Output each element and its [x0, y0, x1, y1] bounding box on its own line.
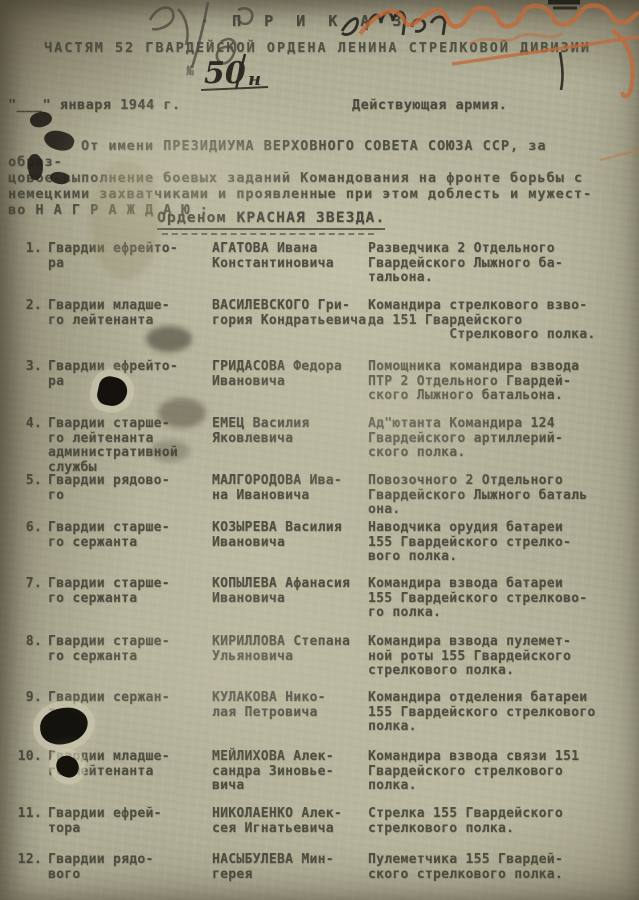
row-citation: Командира отделения батареи 155 Гвардейс… — [368, 691, 634, 735]
row-name: КОЗЫРЕВА Василия Ивановича — [212, 521, 372, 550]
row-number: 3. — [8, 360, 42, 375]
row-name: КОПЫЛЕВА Афанасия Ивановича — [212, 577, 372, 606]
row-name: АГАТОВА Ивана Константиновича — [212, 242, 372, 271]
order-number-sign: № — [186, 64, 194, 79]
row-rank: Гвардии ефрейто- ра — [48, 242, 204, 271]
section-heading: Орденом КРАСНАЯ ЗВЕЗДА. — [157, 210, 385, 230]
row-name: ЕМЕЦ Василия Яковлевича — [212, 417, 372, 446]
row-rank: Гвардии младше- го лейтенанта — [48, 750, 204, 779]
row-rank: Гвардии ефрейто- ра — [48, 360, 204, 389]
order-title: · П Р И К А З — [200, 12, 408, 30]
row-rank: Гвардии рядо- вого — [48, 853, 204, 882]
row-citation: Командира взвода связи 151 Гвардейского … — [368, 750, 634, 794]
row-number: 8. — [8, 635, 42, 650]
row-citation: Командира взвода батареи 155 Гвардейског… — [368, 577, 634, 621]
row-name: МЕЙЛИХОВА Алек- сандра Зиновье- вича — [212, 750, 372, 794]
row-rank: Гвардии рядово- го — [48, 474, 204, 503]
row-number: 10. — [8, 750, 42, 765]
row-number: 11. — [8, 807, 42, 822]
row-number: 5. — [8, 474, 42, 489]
row-name: МАЛГОРОДОВА Ива- на Ивановича — [212, 474, 372, 503]
row-name: ГРИДАСОВА Федора Ивановича — [212, 360, 372, 389]
army-note: Действующая армия. — [352, 97, 507, 113]
row-name: ВАСИЛЕВСКОГО Гри- гория Кондратьевича — [212, 299, 372, 328]
scanned-order-page: · П Р И К А З ЧАСТЯМ 52 ГВАРДЕЙСКОЙ ОРДЕ… — [0, 0, 639, 900]
row-number: 1. — [8, 242, 42, 257]
row-rank: Гвардии старше- го сержанта — [48, 635, 204, 664]
row-name: КИРИЛЛОВА Степана Ульяновича — [212, 635, 372, 664]
row-citation: Наводчика орудия батареи 155 Гвардейског… — [368, 521, 634, 565]
row-number: 9. — [8, 691, 42, 706]
row-rank: Гвардии старше- го лейтенанта администра… — [48, 417, 204, 475]
typewritten-layer: · П Р И К А З ЧАСТЯМ 52 ГВАРДЕЙСКОЙ ОРДЕ… — [0, 0, 639, 900]
row-citation: Ад"ютанта Командира 124 Гвардейского арт… — [368, 417, 634, 461]
row-number: 4. — [8, 417, 42, 432]
row-citation: Пулеметчика 155 Гвардей- ского стрелково… — [368, 853, 634, 882]
row-citation: Командира взвода пулемет- ной роты 155 Г… — [368, 635, 634, 679]
row-rank: Гвардии старше- го сержанта — [48, 521, 204, 550]
row-citation: Помощника командира взвода ПТР 2 Отдельн… — [368, 360, 634, 404]
preamble: От имени ПРЕЗИДИУМА ВЕРХОВНОГО СОВЕТА СО… — [8, 138, 608, 218]
row-rank: Гвардии старше- го сержанта — [48, 577, 204, 606]
row-citation: Разведчика 2 Отдельного Гвардейского Лыж… — [368, 242, 634, 286]
row-rank: Гвардии ефрей- тора — [48, 807, 204, 836]
row-number: 12. — [8, 853, 42, 868]
row-citation: Командира стрелкового взво- да 151 Гвард… — [368, 299, 634, 343]
row-name: НАСЫБУЛЕВА Мин- герея — [212, 853, 372, 882]
row-name: НИКОЛАЕНКО Алек- сея Игнатьевича — [212, 807, 372, 836]
row-number: 2. — [8, 299, 42, 314]
heading-underline-remnant — [162, 233, 374, 235]
row-number: 7. — [8, 577, 42, 592]
date-line: "___" января 1944 г. — [8, 97, 181, 113]
row-rank: Гвардии сержан- та — [48, 691, 204, 720]
row-rank: Гвардии младше- го лейтенанта — [48, 299, 204, 328]
row-citation: Повозочного 2 Отдельного Гвардейского Лы… — [368, 474, 634, 518]
row-name: КУЛАКОВА Нико- лая Петровича — [212, 691, 372, 720]
row-number: 6. — [8, 521, 42, 536]
order-addressee: ЧАСТЯМ 52 ГВАРДЕЙСКОЙ ОРДЕНА ЛЕНИНА СТРЕ… — [44, 40, 591, 56]
row-citation: Стрелка 155 Гвардейского стрелкового пол… — [368, 807, 634, 836]
